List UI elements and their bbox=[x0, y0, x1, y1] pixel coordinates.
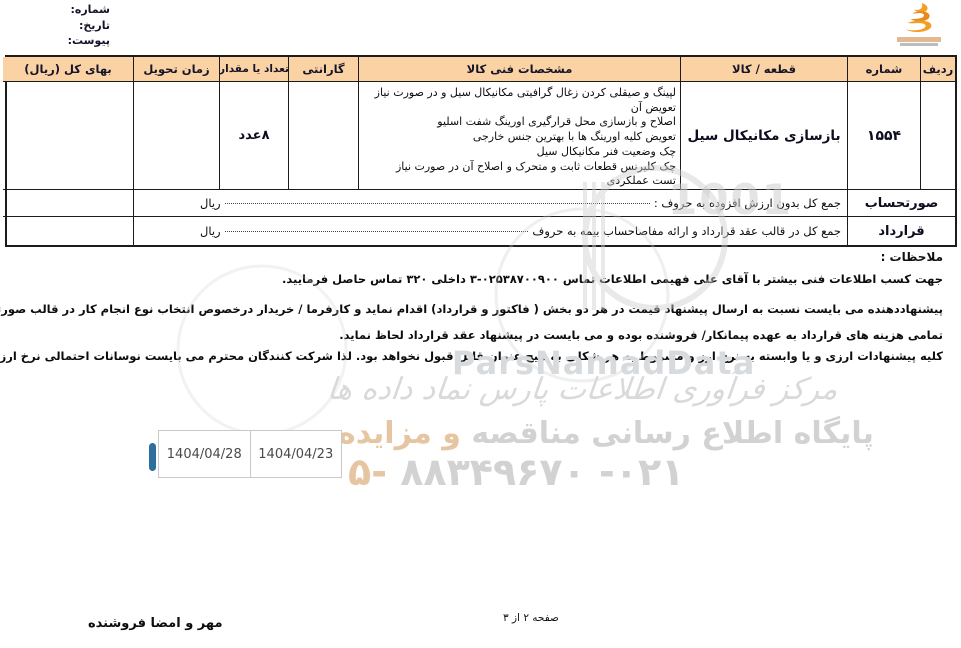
header-quantity: تعداد یا مقدار bbox=[219, 57, 288, 82]
logo-subcaption-bar bbox=[900, 43, 938, 46]
date-start-cell[interactable]: 1404/04/28 bbox=[159, 431, 250, 477]
spec-line: لپینگ و صیقلی کردن زغال گرافیتی مکانیکال… bbox=[361, 86, 676, 101]
invoice-currency-label: ريال bbox=[200, 196, 221, 210]
contract-sum-text: جمع کل در قالب عقد قرارداد و ارائه مفاصا… bbox=[532, 224, 841, 238]
dotted-fill-line bbox=[225, 203, 650, 204]
watermark-portal-tail: و مزایده bbox=[338, 416, 471, 451]
spec-line: تعویض آن bbox=[361, 101, 676, 116]
row-warranty-cell bbox=[288, 82, 358, 190]
header-warranty: گارانتی bbox=[288, 57, 358, 82]
spec-line: چک وضعیت فنر مکانیکال سیل bbox=[361, 145, 676, 160]
watermark-calligraphy-line: مرکز فرآوری اطلاعات پارس نماد داده ها bbox=[293, 372, 872, 407]
note-line: تمامی هزینه های قرارداد به عهده پیمانکار… bbox=[339, 328, 943, 342]
watermark-portal-line: پایگاه اطلاع رسانی مناقصه و مزایده bbox=[338, 416, 874, 451]
contract-currency-label: ريال bbox=[200, 224, 221, 238]
selection-handle[interactable] bbox=[149, 443, 156, 471]
watermark-portal-main: پایگاه اطلاع رسانی مناقصه bbox=[471, 416, 874, 451]
watermark-phone-tail: ۵- bbox=[348, 450, 400, 494]
contract-sum-line: جمع کل در قالب عقد قرارداد و ارائه مفاصا… bbox=[133, 217, 847, 245]
document-meta-labels: شماره: تاریخ: پیوست: bbox=[38, 2, 110, 49]
spec-line: تست عملکردی bbox=[361, 174, 676, 189]
notes-section: ملاحظات : جهت کسب اطلاعات فنی بیشتر با آ… bbox=[18, 250, 943, 368]
row-part-cell: بازسازی مکانیکال سیل bbox=[680, 82, 847, 190]
date-label: تاریخ: bbox=[38, 18, 110, 34]
company-logo bbox=[891, 2, 947, 50]
date-range-overlay: 1404/04/28 1404/04/23 bbox=[158, 430, 342, 478]
row-specs-cell: لپینگ و صیقلی کردن زغال گرافیتی مکانیکال… bbox=[358, 82, 680, 190]
logo-caption-bar bbox=[897, 37, 941, 42]
spec-line: تعویض کلیه اورینگ ها با بهترین جنس خارجی bbox=[361, 130, 676, 145]
note-line: کلیه پیشنهادات ارزی و یا وابسته به نرخ ا… bbox=[0, 349, 943, 363]
seller-signature-label: مهر و امضا فروشنده bbox=[88, 616, 223, 631]
header-part: قطعه / کالا bbox=[680, 57, 847, 82]
dotted-fill-line bbox=[225, 231, 529, 232]
row-total-cell bbox=[3, 82, 133, 190]
number-label: شماره: bbox=[38, 2, 110, 18]
invoice-row-label: صورتحساب bbox=[847, 190, 955, 217]
attachment-label: پیوست: bbox=[38, 33, 110, 49]
note-line: پیشنهاددهنده می بایست نسبت به ارسال پیشن… bbox=[0, 302, 943, 316]
inquiry-table: ردیف شماره قطعه / کالا مشخصات فنی کالا گ… bbox=[5, 55, 957, 247]
flame-logo-icon bbox=[891, 2, 947, 36]
contract-total-cell bbox=[3, 217, 133, 245]
contract-row-label: قرارداد bbox=[847, 217, 955, 245]
spec-line: چک کلیرنس قطعات ثابت و متحرک و اصلاح آن … bbox=[361, 160, 676, 175]
header-specs: مشخصات فنی کالا bbox=[358, 57, 680, 82]
spec-line: اصلاح و بازسازی محل قرارگیری اورینگ شفت … bbox=[361, 115, 676, 130]
header-delivery: زمان تحویل bbox=[133, 57, 219, 82]
header-shomareh: شماره bbox=[847, 57, 920, 82]
row-radif-cell bbox=[920, 82, 955, 190]
watermark-phone-main: ۸۸۳۴۹۶۷۰ -۰۲۱ bbox=[400, 450, 684, 494]
notes-title: ملاحظات : bbox=[881, 250, 943, 264]
page-number: صفحه ۲ از ۳ bbox=[503, 612, 559, 624]
invoice-total-cell bbox=[3, 190, 133, 217]
invoice-sum-line: جمع کل بدون ارزش افزوده به حروف : ريال bbox=[133, 190, 847, 217]
date-end-cell[interactable]: 1404/04/23 bbox=[250, 431, 342, 477]
row-delivery-cell bbox=[133, 82, 219, 190]
watermark-phone: ۵- ۸۸۳۴۹۶۷۰ -۰۲۱ bbox=[348, 450, 684, 494]
header-total-price: بهای کل (ریال) bbox=[3, 57, 133, 82]
row-quantity-cell: ۸عدد bbox=[219, 82, 288, 190]
row-number-cell: ۱۵۵۴ bbox=[847, 82, 920, 190]
note-line: جهت کسب اطلاعات فنی بیشتر با آقای علی فه… bbox=[282, 272, 943, 286]
header-radif: ردیف bbox=[920, 57, 955, 82]
invoice-sum-text: جمع کل بدون ارزش افزوده به حروف : bbox=[654, 196, 841, 210]
